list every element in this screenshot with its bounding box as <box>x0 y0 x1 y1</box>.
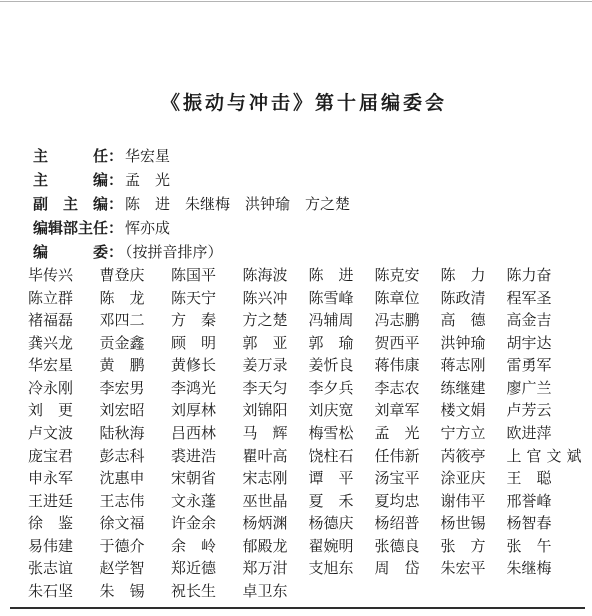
committee-member: 陈立群 <box>28 288 100 311</box>
committee-member: 陈雪峰 <box>309 288 375 311</box>
committee-member: 贡金鑫 <box>100 333 172 356</box>
officer-role-label: 编辑部主任： <box>33 221 123 237</box>
top-rule <box>0 1 592 2</box>
committee-member: 陈 龙 <box>100 288 172 311</box>
committee-member: 郁殿龙 <box>243 536 309 559</box>
officer-row: 副 主 编：陈 进 朱继梅 洪钟瑜 方之楚 <box>33 193 573 217</box>
committee-member: 张 午 <box>507 536 585 559</box>
committee-member: 刘锦阳 <box>243 400 309 423</box>
committee-member: 练继建 <box>441 378 507 401</box>
officer-role-label: 副 主 编： <box>33 197 123 213</box>
committee-member: 沈惠申 <box>100 468 172 491</box>
committee-member: 汤宝平 <box>375 468 441 491</box>
committee-member: 李宏男 <box>100 378 172 401</box>
committee-member: 胡宇达 <box>507 333 585 356</box>
committee-member: 谭 平 <box>309 468 375 491</box>
committee-member: 陈 力 <box>441 265 507 288</box>
committee-member: 王 聪 <box>507 468 585 491</box>
committee-member: 李鸿光 <box>171 378 243 401</box>
committee-member: 冯志鹏 <box>375 310 441 333</box>
committee-row: 陈立群陈 龙陈天宁陈兴冲陈雪峰陈章位陈政清程军圣 <box>28 288 584 311</box>
committee-member: 徐文福 <box>100 513 172 536</box>
committee-member: 龚兴龙 <box>28 333 100 356</box>
committee-member: 杨绍普 <box>375 513 441 536</box>
committee-member: 杨世锡 <box>441 513 507 536</box>
officer-list: 主 任：华宏星主 编：孟 光副 主 编：陈 进 朱继梅 洪钟瑜 方之楚编辑部主任… <box>33 145 573 265</box>
committee-member: 朱石坚 <box>28 581 100 604</box>
committee-member: 易伟建 <box>28 536 100 559</box>
committee-row: 华宏星黄 鹏黄修长姜万录姜忻良蒋伟康蒋志刚雷勇军 <box>28 355 584 378</box>
committee-member: 孟 光 <box>375 423 441 446</box>
committee-member: 夏均忠 <box>375 491 441 514</box>
committee-row: 易伟建于德介余 岭郁殿龙翟婉明张德良张 方张 午 <box>28 536 584 559</box>
committee-member: 上官文斌 <box>507 446 587 469</box>
committee-member: 于德介 <box>100 536 172 559</box>
committee-member: 郭 瑜 <box>309 333 375 356</box>
committee-member: 张德良 <box>375 536 441 559</box>
committee-member: 任伟新 <box>375 446 441 469</box>
committee-member: 冷永刚 <box>28 378 100 401</box>
committee-member: 陈政清 <box>441 288 507 311</box>
committee-member: 欧进萍 <box>507 423 585 446</box>
committee-member: 杨炳渊 <box>243 513 309 536</box>
committee-member: 裘进浩 <box>171 446 243 469</box>
committee-member: 邢誉峰 <box>507 491 585 514</box>
committee-member: 华宏星 <box>28 355 100 378</box>
committee-member: 张 方 <box>441 536 507 559</box>
officer-role-label: 主 编： <box>33 173 123 189</box>
committee-row: 刘 更刘宏昭刘厚林刘锦阳刘庆宽刘章军楼文娟卢芳云 <box>28 400 584 423</box>
committee-member: 廖广兰 <box>507 378 585 401</box>
officer-role-value: 恽亦成 <box>125 221 170 237</box>
committee-member: 卢芳云 <box>507 400 585 423</box>
committee-member: 许金余 <box>171 513 243 536</box>
committee-member: 陈克安 <box>375 265 441 288</box>
committee-member: 郭 亚 <box>243 333 309 356</box>
committee-member: 高金吉 <box>507 310 585 333</box>
committee-member: 蒋志刚 <box>441 355 507 378</box>
committee-member: 周 岱 <box>375 558 441 581</box>
committee-member: 翟婉明 <box>309 536 375 559</box>
committee-member: 陆秋海 <box>100 423 172 446</box>
committee-member: 陈海波 <box>243 265 309 288</box>
committee-member: 蒋伟康 <box>375 355 441 378</box>
committee-member: 瞿叶高 <box>243 446 309 469</box>
committee-member: 卢文波 <box>28 423 100 446</box>
committee-member: 徐 鉴 <box>28 513 100 536</box>
committee-member: 郑近德 <box>171 558 243 581</box>
committee-member: 饶柱石 <box>309 446 375 469</box>
officer-role-value: 孟 光 <box>125 173 170 189</box>
committee-member: 杨智春 <box>507 513 585 536</box>
committee-member: 杨德庆 <box>309 513 375 536</box>
committee-member: 芮筱亭 <box>441 446 507 469</box>
committee-member: 余 岭 <box>171 536 243 559</box>
committee-row: 冷永刚李宏男李鸿光李天匀李夕兵李志农练继建廖广兰 <box>28 378 584 401</box>
committee-member: 刘章军 <box>375 400 441 423</box>
committee-member: 梅雪松 <box>309 423 375 446</box>
officer-role-value: （按拼音排序） <box>125 245 223 261</box>
committee-member: 雷勇军 <box>507 355 585 378</box>
committee-member: 方 秦 <box>171 310 243 333</box>
committee-member: 朱继梅 <box>507 558 585 581</box>
committee-member: 郑万泔 <box>243 558 309 581</box>
committee-member: 褚福磊 <box>28 310 100 333</box>
committee-row: 徐 鉴徐文福许金余杨炳渊杨德庆杨绍普杨世锡杨智春 <box>28 513 584 536</box>
committee-member: 程军圣 <box>507 288 585 311</box>
committee-member: 吕西林 <box>171 423 243 446</box>
committee-member: 高 德 <box>441 310 507 333</box>
officer-role-label: 编 委： <box>33 245 123 261</box>
committee-member: 顾 明 <box>171 333 243 356</box>
committee-member: 宋志刚 <box>243 468 309 491</box>
committee-row: 申永军沈惠申宋朝省宋志刚谭 平汤宝平涂亚庆王 聪 <box>28 468 584 491</box>
committee-member: 贺西平 <box>375 333 441 356</box>
committee-row: 朱石坚朱 锡祝长生卓卫东 <box>28 581 584 604</box>
committee-member: 彭志科 <box>100 446 172 469</box>
committee-member: 陈国平 <box>171 265 243 288</box>
committee-row: 卢文波陆秋海吕西林马 辉梅雪松孟 光宁方立欧进萍 <box>28 423 584 446</box>
officer-role-label: 主 任： <box>33 149 123 165</box>
committee-member: 涂亚庆 <box>441 468 507 491</box>
committee-member: 支旭东 <box>309 558 375 581</box>
committee-member: 朱宏平 <box>441 558 507 581</box>
committee-member: 李志农 <box>375 378 441 401</box>
bottom-rule <box>10 607 585 609</box>
committee-member: 曹登庆 <box>100 265 172 288</box>
committee-member: 黄 鹏 <box>100 355 172 378</box>
committee-member: 夏 禾 <box>309 491 375 514</box>
committee-member: 朱 锡 <box>100 581 172 604</box>
committee-member: 马 辉 <box>243 423 309 446</box>
committee-member: 陈天宁 <box>171 288 243 311</box>
committee-member: 李夕兵 <box>309 378 375 401</box>
committee-member: 毕传兴 <box>28 265 100 288</box>
committee-member: 姜忻良 <box>309 355 375 378</box>
committee-member: 姜万录 <box>243 355 309 378</box>
committee-member: 刘庆宽 <box>309 400 375 423</box>
committee-member: 洪钟瑜 <box>441 333 507 356</box>
officer-row: 主 任：华宏星 <box>33 145 573 169</box>
committee-row: 庞宝君彭志科裘进浩瞿叶高饶柱石任伟新芮筱亭上官文斌 <box>28 446 584 469</box>
committee-member: 文永蓬 <box>171 491 243 514</box>
committee-member: 陈 进 <box>309 265 375 288</box>
committee-member: 李天匀 <box>243 378 309 401</box>
committee-member: 申永军 <box>28 468 100 491</box>
committee-member: 庞宝君 <box>28 446 100 469</box>
committee-member: 陈力奋 <box>507 265 585 288</box>
committee-row: 褚福磊邓四二方 秦方之楚冯辅周冯志鹏高 德高金吉 <box>28 310 584 333</box>
committee-member: 黄修长 <box>171 355 243 378</box>
committee-member: 卓卫东 <box>243 581 309 604</box>
committee-member: 邓四二 <box>100 310 172 333</box>
officer-row: 主 编：孟 光 <box>33 169 573 193</box>
committee-member: 巫世晶 <box>243 491 309 514</box>
committee-grid: 毕传兴曹登庆陈国平陈海波陈 进陈克安陈 力陈力奋陈立群陈 龙陈天宁陈兴冲陈雪峰陈… <box>28 265 584 603</box>
committee-member: 方之楚 <box>243 310 309 333</box>
committee-member: 冯辅周 <box>309 310 375 333</box>
committee-row: 龚兴龙贡金鑫顾 明郭 亚郭 瑜贺西平洪钟瑜胡宇达 <box>28 333 584 356</box>
officer-role-value: 陈 进 朱继梅 洪钟瑜 方之楚 <box>125 197 350 213</box>
committee-member: 张志谊 <box>28 558 100 581</box>
committee-member: 陈章位 <box>375 288 441 311</box>
page-title: 《振动与冲击》第十届编委会 <box>0 92 592 116</box>
committee-member: 宁方立 <box>441 423 507 446</box>
officer-role-value: 华宏星 <box>125 149 170 165</box>
committee-row: 张志谊赵学智郑近德郑万泔支旭东周 岱朱宏平朱继梅 <box>28 558 584 581</box>
committee-member: 谢伟平 <box>441 491 507 514</box>
officer-row: 编 委：（按拼音排序） <box>33 241 573 265</box>
committee-member: 楼文娟 <box>441 400 507 423</box>
committee-member: 王志伟 <box>100 491 172 514</box>
committee-member: 祝长生 <box>171 581 243 604</box>
committee-member: 陈兴冲 <box>243 288 309 311</box>
officer-row: 编辑部主任：恽亦成 <box>33 217 573 241</box>
committee-member: 刘厚林 <box>171 400 243 423</box>
committee-member: 王进廷 <box>28 491 100 514</box>
committee-row: 王进廷王志伟文永蓬巫世晶夏 禾夏均忠谢伟平邢誉峰 <box>28 491 584 514</box>
committee-member: 赵学智 <box>100 558 172 581</box>
committee-member: 宋朝省 <box>171 468 243 491</box>
committee-member: 刘宏昭 <box>100 400 172 423</box>
committee-row: 毕传兴曹登庆陈国平陈海波陈 进陈克安陈 力陈力奋 <box>28 265 584 288</box>
committee-member: 刘 更 <box>28 400 100 423</box>
